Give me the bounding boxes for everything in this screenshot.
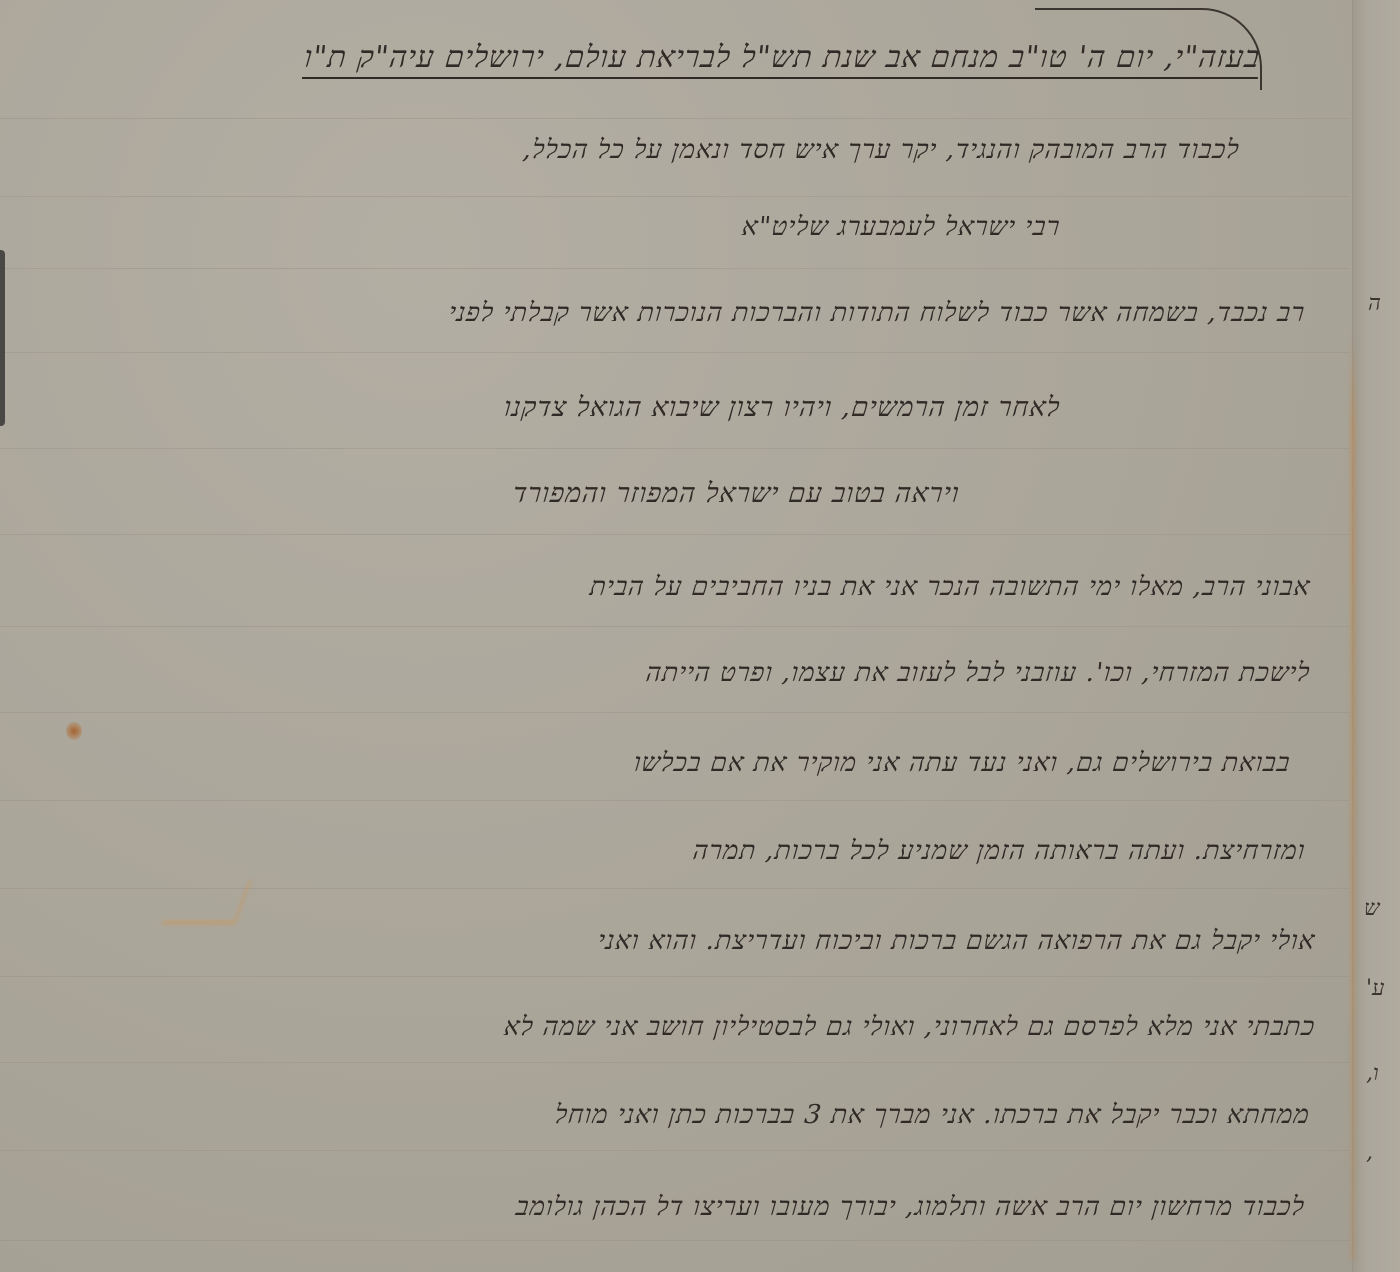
letter-photo: בעזה"י, יום ה' טו"ב מנחם אב שנת תש"ל לבר… [0, 0, 1400, 1272]
margin-note: ש [1364, 895, 1380, 921]
stain-mark [162, 880, 252, 925]
fold-stain [1350, 330, 1356, 1260]
body-line: רב נכבד, בשמחה אשר כבוד לשלוח התודות והב… [447, 298, 1306, 328]
ruled-line [0, 1240, 1350, 1241]
margin-note: ה [1368, 290, 1381, 316]
ruled-line [0, 118, 1350, 119]
rust-stain [66, 722, 82, 740]
ruled-line [0, 1150, 1350, 1151]
body-line: ויראה בטוב עם ישראל המפוזר והמפורד [512, 478, 962, 509]
ruled-line [0, 712, 1350, 713]
body-line: כתבתי אני מלא לפרסם גם לאחרוני, ואולי גם… [502, 1012, 1316, 1042]
body-line: לישכת המזרחי, וכו'. עוזבני לבל לעזוב את … [644, 658, 1311, 688]
margin-note: ע' [1366, 975, 1385, 1001]
ruled-line [0, 196, 1350, 197]
ruled-line [0, 1062, 1350, 1063]
ruled-line [0, 448, 1350, 449]
heading-line: בעזה"י, יום ה' טו"ב מנחם אב שנת תש"ל לבר… [58, 40, 1262, 75]
margin-note: ו, [1366, 1060, 1379, 1086]
signature-line: לכבוד מרחשון יום הרב אשה ותלמוג, יבורך מ… [515, 1192, 1307, 1222]
body-line: בבואת בירושלים גם, ואני נעד עתה אני מוקי… [632, 748, 1292, 778]
body-line: ממחתא וכבר יקבל את ברכתו. אני מברך את 3 … [553, 1100, 1311, 1130]
body-line: לאחר זמן הרמשים, ויהיו רצון שיבוא הגואל … [502, 392, 1062, 423]
recipient-name-line: רבי ישראל לעמבערג שליט"א [740, 212, 1061, 242]
ruled-line [0, 626, 1350, 627]
margin-note: , [1366, 1140, 1373, 1165]
ruled-line [0, 352, 1350, 353]
ruled-line [0, 268, 1350, 269]
salutation-line: לכבוד הרב המובהק והנגיד, יקר ערך איש חסד… [522, 135, 1242, 165]
body-line: אולי יקבל גם את הרפואה הגשם ברכות וביכוח… [596, 926, 1316, 956]
side-handle [0, 250, 5, 426]
body-line: אבוני הרב, מאלו ימי התשובה הנכר אני את ב… [588, 572, 1312, 602]
ruled-line [0, 800, 1350, 801]
body-line: ומזרחיצת. ועתה בראותה הזמן שמניע לכל ברכ… [691, 836, 1307, 866]
ruled-line [0, 976, 1350, 977]
ruled-line [0, 534, 1350, 535]
